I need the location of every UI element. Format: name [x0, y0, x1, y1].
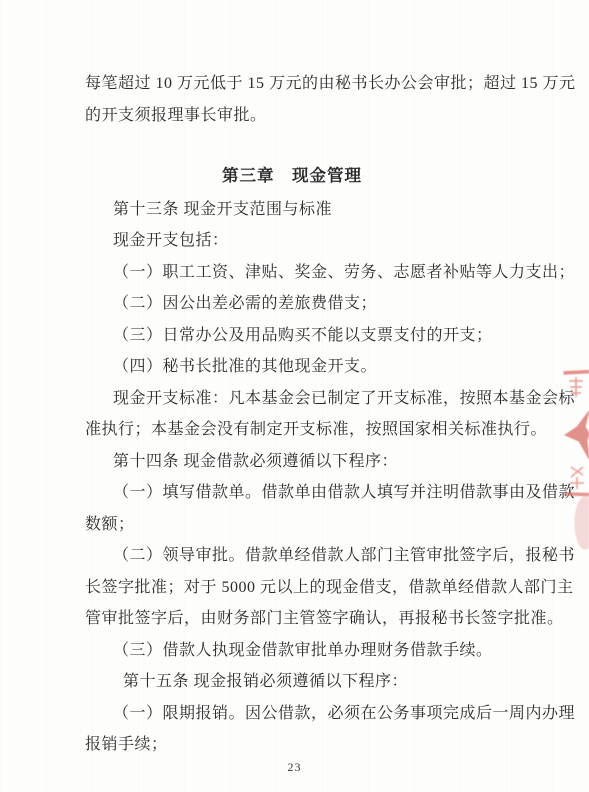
- text-line: 第十三条 现金开支范围与标准: [85, 194, 589, 226]
- text-line: 第十四条 现金借款必须遵循以下程序：: [85, 446, 589, 478]
- text-line: （二）领导审批。借款单经借款人部门主管审批签字后，报秘书: [85, 540, 589, 572]
- text-line: （一）填写借款单。借款单由借款人填写并注明借款事由及借款: [85, 477, 589, 509]
- text-line: 数额；: [85, 509, 589, 541]
- text-line: 现金开支包括：: [85, 225, 589, 257]
- document-page: 每笔超过 10 万元低于 15 万元的由秘书长办公会审批；超过 15 万元的开支…: [0, 0, 589, 792]
- page-number: 23: [0, 760, 589, 775]
- text-line: （三）借款人执现金借款审批单办理财务借款手续。: [85, 635, 589, 667]
- text-line: 准执行；本基金会没有制定开支标准，按照国家相关标准执行。: [85, 414, 589, 446]
- document-lines: 每笔超过 10 万元低于 15 万元的由秘书长办公会审批；超过 15 万元的开支…: [85, 68, 589, 761]
- chapter-heading: 第三章 现金管理: [85, 160, 589, 192]
- text-line: （四）秘书长批准的其他现金开支。: [85, 351, 589, 383]
- text-line: 长签字批准；对于 5000 元以上的现金借支，借款单经借款人部门主: [85, 572, 589, 604]
- text-line: 第十五条 现金报销必须遵循以下程序：: [85, 666, 589, 698]
- text-line: 的开支须报理事长审批。: [85, 100, 589, 132]
- text-line: （一）限期报销。因公借款，必须在公务事项完成后一周内办理: [85, 698, 589, 730]
- text-line: （二）因公出差必需的差旅费借支；: [85, 288, 589, 320]
- red-seal-stamp-icon: [563, 363, 589, 553]
- text-line: （三）日常办公及用品购买不能以支票支付的开支；: [85, 320, 589, 352]
- text-line: 管审批签字后，由财务部门主管签字确认，再报秘书长签字批准。: [85, 603, 589, 635]
- text-line: 现金开支标准：凡本基金会已制定了开支标准，按照本基金会标: [85, 383, 589, 415]
- text-line: 报销手续；: [85, 729, 589, 761]
- text-line: 每笔超过 10 万元低于 15 万元的由秘书长办公会审批；超过 15 万元: [85, 68, 589, 100]
- text-line: （一）职工工资、津贴、奖金、劳务、志愿者补贴等人力支出；: [85, 257, 589, 289]
